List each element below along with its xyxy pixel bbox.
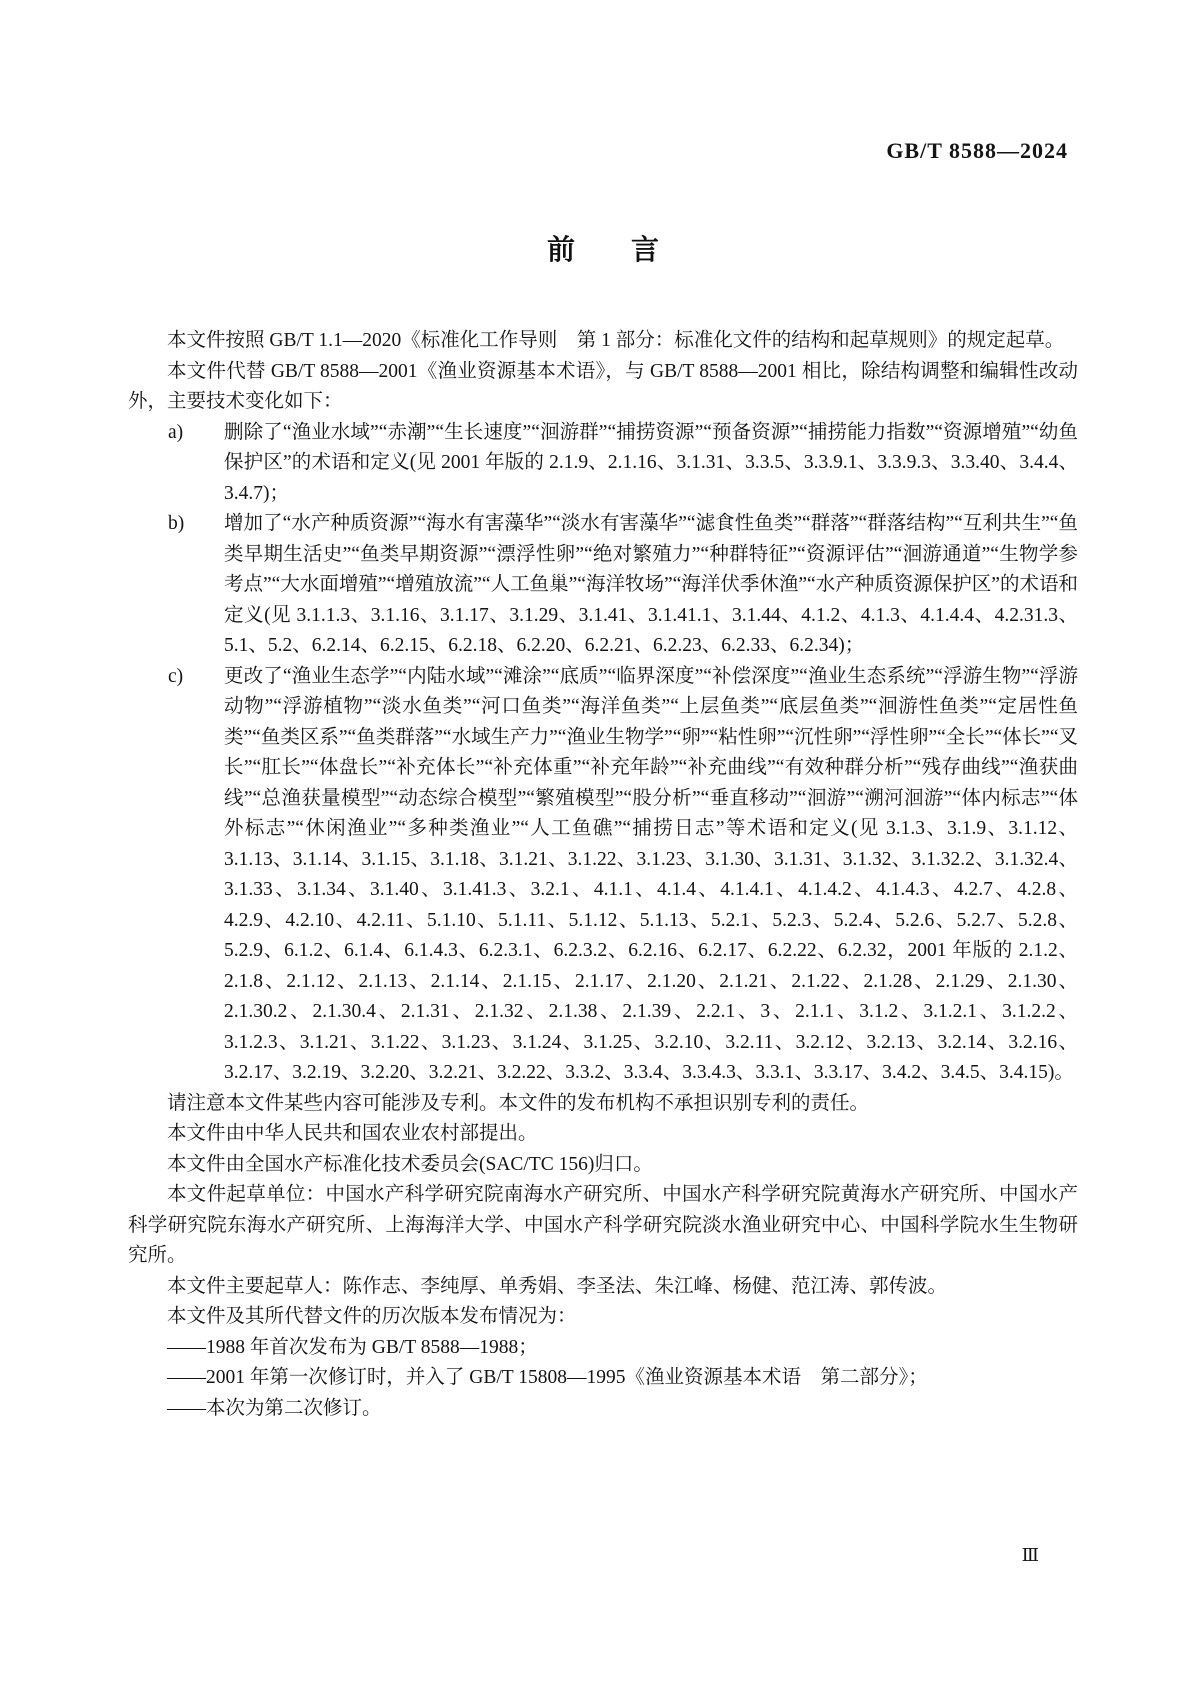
change-item-a-text: 删除了“渔业水域”“赤潮”“生长速度”“洄游群”“捕捞资源”“预备资源”“捕捞能… <box>224 422 1078 504</box>
para-centralized-by: 本文件由全国水产标准化技术委员会(SAC/TC 156)归口。 <box>128 1150 1078 1181</box>
page-title: 前 言 <box>128 234 1078 266</box>
history-line-current: ——本次为第二次修订。 <box>128 1394 1078 1425</box>
para-drafting-units: 本文件起草单位：中国水产科学研究院南海水产研究所、中国水产科学研究院黄海水产研究… <box>128 1180 1078 1272</box>
page-number: Ⅲ <box>1022 1544 1039 1566</box>
para-patent-notice: 请注意本文件某些内容可能涉及专利。本文件的发布机构不承担识别专利的责任。 <box>128 1089 1078 1120</box>
type-area: GB/T 8588—2024 前 言 本文件按照 GB/T 1.1—2020《标… <box>128 138 1078 1424</box>
para-replacement: 本文件代替 GB/T 8588—2001《渔业资源基本术语》，与 GB/T 85… <box>128 357 1078 418</box>
change-item-b-label: b) <box>168 509 184 540</box>
change-item-a-label: a) <box>168 418 183 449</box>
history-line-2001: ——2001 年第一次修订时，并入了 GB/T 15808—1995《渔业资源基… <box>128 1363 1078 1394</box>
para-history-intro: 本文件及其所代替文件的历次版本发布情况为： <box>128 1302 1078 1333</box>
change-item-c: c) 更改了“渔业生态学”“内陆水域”“滩涂”“底质”“临界深度”“补偿深度”“… <box>128 662 1078 1089</box>
change-item-b: b) 增加了“水产种质资源”“海水有害藻华”“淡水有害藻华”“滤食性鱼类”“群落… <box>128 509 1078 662</box>
change-item-c-text: 更改了“渔业生态学”“内陆水域”“滩涂”“底质”“临界深度”“补偿深度”“渔业生… <box>224 666 1078 1084</box>
change-item-a: a) 删除了“渔业水域”“赤潮”“生长速度”“洄游群”“捕捞资源”“预备资源”“… <box>128 418 1078 510</box>
standard-code-header: GB/T 8588—2024 <box>128 138 1078 164</box>
para-drafters: 本文件主要起草人：陈作志、李纯厚、单秀娟、李圣法、朱江峰、杨健、范江涛、郭传波。 <box>128 1272 1078 1303</box>
para-drafting-basis: 本文件按照 GB/T 1.1—2020《标准化工作导则 第 1 部分：标准化文件… <box>128 326 1078 357</box>
change-item-b-text: 增加了“水产种质资源”“海水有害藻华”“淡水有害藻华”“滤食性鱼类”“群落”“群… <box>224 513 1078 656</box>
history-line-1988: ——1988 年首次发布为 GB/T 8588—1988； <box>128 1333 1078 1364</box>
change-item-c-label: c) <box>168 662 183 693</box>
foreword-body: 本文件按照 GB/T 1.1—2020《标准化工作导则 第 1 部分：标准化文件… <box>128 326 1078 1424</box>
document-page: GB/T 8588—2024 前 言 本文件按照 GB/T 1.1—2020《标… <box>0 0 1191 1685</box>
para-proposed-by: 本文件由中华人民共和国农业农村部提出。 <box>128 1119 1078 1150</box>
